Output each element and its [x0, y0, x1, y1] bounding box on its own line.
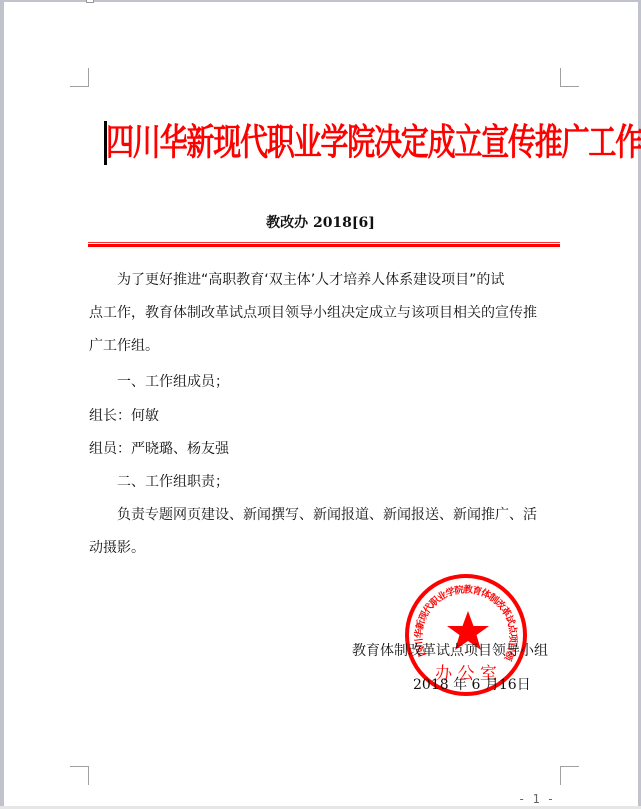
body-paragraph-line-2[interactable]: 点工作，教育体制改革试点项目领导小组决定成立与该项目相关的宣传推 [89, 297, 564, 330]
signature-org[interactable]: 教育体制改革试点项目领导小组 [352, 640, 548, 660]
margin-corner-top-right [560, 68, 579, 87]
duties-line-1[interactable]: 负责专题网页建设、新闻撰写、新闻报道、新闻报送、新闻推广、活 [89, 499, 592, 532]
ruler-marker[interactable] [86, 0, 94, 3]
header-rule-thin [88, 242, 560, 243]
section-2-heading[interactable]: 二、工作组职责； [89, 466, 592, 499]
document-title[interactable]: 四川华新现代职业学院决定成立宣传推广工作组文件 [106, 113, 566, 173]
header-rule-thick [88, 244, 560, 247]
duties-line-2[interactable]: 动摄影。 [89, 532, 564, 565]
signature-date[interactable]: 2018 年 6 月16日 [413, 674, 531, 694]
group-leader[interactable]: 组长：何敏 [89, 400, 564, 433]
group-members[interactable]: 组员：严晓璐、杨友强 [89, 433, 564, 466]
body-paragraph-line-1[interactable]: 为了更好推进“高职教育‘双主体’人才培养人体系建设项目”的试 [89, 264, 592, 297]
document-number[interactable]: 教改办 2018[6] [0, 212, 641, 232]
page-number: - 1 - [518, 792, 554, 806]
margin-corner-top-left [70, 68, 89, 87]
body-paragraph-line-3[interactable]: 广工作组。 [89, 330, 564, 363]
margin-corner-bottom-left [70, 766, 89, 785]
section-1-heading[interactable]: 一、工作组成员； [89, 366, 592, 399]
margin-corner-bottom-right [560, 766, 579, 785]
